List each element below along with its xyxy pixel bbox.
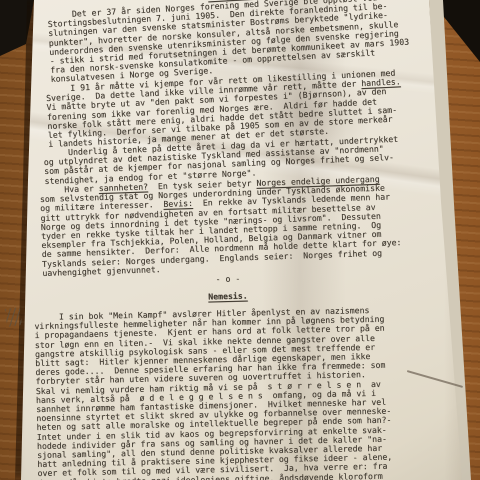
section-heading: Nemesis. bbox=[38, 287, 418, 306]
photo-of-document: 7. juni. Det er 37 år siden Norges foren… bbox=[0, 0, 480, 480]
paragraph: I sin bok "Mein Kampf" avslører Hitler å… bbox=[34, 304, 444, 480]
typewritten-text: 7. juni. Det er 37 år siden Norges foren… bbox=[30, 2, 442, 480]
paragraph: Hva er sannheten? En tysk seier betyr No… bbox=[39, 173, 443, 278]
margin-pencil-mark bbox=[5, 307, 22, 327]
